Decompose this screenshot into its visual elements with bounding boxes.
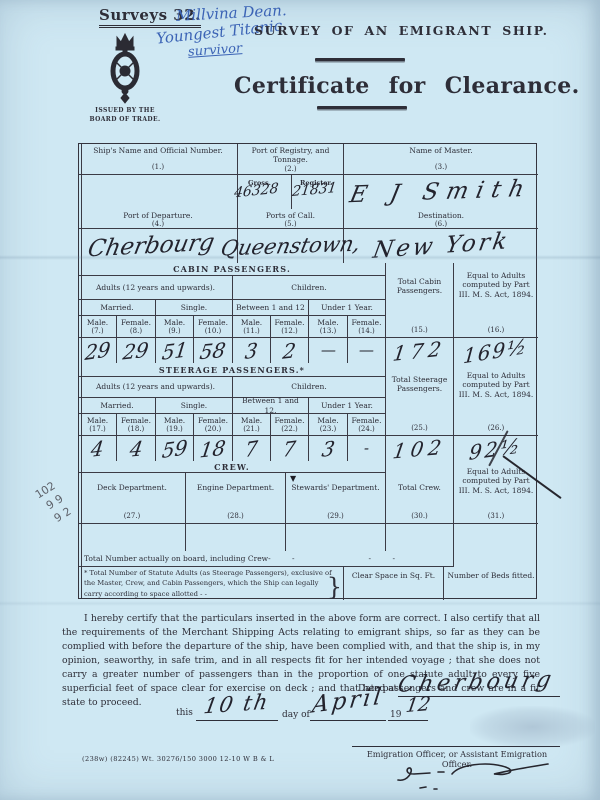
month-value: April	[311, 685, 385, 717]
crest-caption: Issued by the Board of Trade.	[88, 106, 162, 124]
steerage-under-header: Under 1 Year.	[309, 398, 386, 414]
day-line	[196, 720, 278, 721]
cabin-value-cell: —	[309, 338, 348, 363]
footnote-brace: }	[327, 569, 342, 605]
destination-header: Destination. (6.)	[344, 209, 538, 229]
steerage-total-header: Total Steerage Passengers. (25.)	[386, 363, 454, 436]
col-num: (11.)	[243, 327, 260, 336]
registry-label: Port of Registry, and Tonnage.	[240, 146, 341, 165]
col-label: Female.	[274, 416, 304, 425]
col-num: (14.)	[358, 327, 375, 336]
steerage-value: 59	[161, 436, 188, 460]
col-num: (19.)	[166, 425, 183, 434]
cabin-total-label: Total Cabin Passengers.	[388, 277, 451, 296]
day-value: 10 th	[202, 692, 271, 718]
deck-department-value-cell	[79, 524, 186, 551]
cabin-section-title: CABIN PASSENGERS.	[79, 263, 386, 276]
steerage-col-header: Male.(21.)	[233, 414, 271, 436]
crew-equal-value-cell	[454, 524, 538, 551]
col-label: Male.	[164, 416, 185, 425]
printer-imprint: (238w) (82245) Wt. 30276/150 3000 12-10 …	[82, 755, 274, 763]
col-num: (22.)	[281, 425, 298, 434]
cabin-total-value-cell: 172	[386, 338, 454, 363]
stewards-department-num: (29.)	[327, 512, 344, 521]
document-page: Surveys 32. Millvina Dean. Youngest Tita…	[0, 0, 600, 800]
year-prefix: 19	[390, 710, 401, 720]
total-on-board-value-cell	[454, 551, 538, 567]
cabin-adults-header: Adults (12 years and upwards).	[79, 276, 233, 300]
steerage-value: 18	[199, 437, 227, 460]
cabin-equal-num: (16.)	[488, 326, 505, 335]
year-value: 12	[405, 695, 432, 716]
steerage-equal-label: Equal to Adults computed by Part III. M.…	[456, 371, 536, 399]
departure-header: Port of Departure. (4.)	[79, 209, 238, 229]
col-label: Male.	[317, 318, 338, 327]
cabin-value-cell: 2	[271, 338, 309, 363]
steerage-section-title: STEERAGE PASSENGERS.*	[79, 363, 386, 377]
steerage-value: -	[363, 441, 371, 456]
steerage-col-header: Male.(23.)	[309, 414, 348, 436]
crew-total-header: Total Crew. (30.)	[386, 461, 454, 524]
steerage-equal-value: 92½	[468, 435, 523, 463]
fold-crease	[0, 255, 600, 260]
cabin-col-header: Male.(7.)	[79, 316, 117, 338]
steerage-col-header: Female.(20.)	[194, 414, 233, 436]
steerage-col-header: Female.(22.)	[271, 414, 309, 436]
cabin-col-header: Male.(9.)	[156, 316, 194, 338]
steerage-col-header: Male.(19.)	[156, 414, 194, 436]
cabin-value-cell: 58	[194, 338, 233, 363]
cabin-equal-label: Equal to Adults computed by Part III. M.…	[456, 271, 536, 299]
stewards-department-label: Stewards' Department.	[291, 483, 379, 492]
steerage-value-cell: 4	[117, 436, 156, 461]
registry-header: Port of Registry, and Tonnage. (2.)	[238, 144, 344, 175]
steerage-col-header: Male.(17.)	[79, 414, 117, 436]
col-label: Female.	[198, 318, 228, 327]
cabin-total-value: 172	[392, 338, 448, 364]
col-num: (9.)	[168, 327, 180, 336]
cabin-equal-header: Equal to Adults computed by Part III. M.…	[454, 263, 538, 338]
cabin-value: —	[358, 343, 376, 358]
steerage-total-num: (25.)	[411, 424, 428, 433]
steerage-value: 3	[320, 438, 336, 460]
ship-name-num: (1.)	[152, 163, 164, 172]
destination-label: Destination.	[418, 211, 464, 220]
beds-fitted-header: Number of Beds fitted.	[444, 567, 538, 600]
col-num: (8.)	[130, 327, 142, 336]
steerage-total-value-cell: 102	[386, 436, 454, 461]
col-label: Male.	[241, 416, 262, 425]
col-label: Female.	[351, 318, 381, 327]
cabin-value: 29	[84, 338, 111, 362]
crew-total-value-cell	[386, 524, 454, 551]
cabin-value-cell: 3	[233, 338, 271, 363]
steerage-value-cell: 7	[271, 436, 309, 461]
total-on-board-dashes: - - - -	[268, 554, 395, 563]
cabin-married-header: Married.	[79, 300, 156, 316]
master-label: Name of Master.	[409, 146, 472, 155]
col-label: Male.	[87, 416, 108, 425]
col-label: Female.	[121, 416, 151, 425]
master-value-cell: E J Smith	[344, 175, 538, 209]
cabin-value: 29	[122, 339, 150, 362]
ports-of-call-header: Ports of Call. (5.)	[238, 209, 344, 229]
steerage-equal-num: (26.)	[488, 424, 505, 433]
cabin-equal-value-cell: 169½	[454, 338, 538, 363]
col-num: (7.)	[91, 327, 103, 336]
fold-crease	[0, 601, 600, 606]
deck-department-num: (27.)	[124, 512, 141, 521]
registry-num: (2.)	[284, 165, 296, 174]
col-num: (23.)	[320, 425, 337, 434]
steerage-value-cell: 7	[233, 436, 271, 461]
engine-department-header: Engine Department. (28.)	[186, 473, 286, 524]
statute-adults-footnote: * Total Number of Statute Adults (as Ste…	[79, 567, 344, 600]
crest-caption-line1: Issued by the	[88, 106, 162, 115]
cabin-total-header: Total Cabin Passengers. (15.)	[386, 263, 454, 338]
day-of-label: day of	[282, 710, 310, 720]
cabin-between-header: Between 1 and 12	[233, 300, 309, 316]
master-num: (3.)	[435, 163, 447, 172]
deck-department-header: Deck Department. (27.)	[79, 473, 186, 524]
destination-num: (6.)	[435, 220, 447, 229]
col-num: (21.)	[243, 425, 260, 434]
officer-signature	[390, 756, 560, 792]
ports-of-call-label: Ports of Call.	[266, 211, 315, 220]
col-num: (18.)	[128, 425, 145, 434]
cabin-single-header: Single.	[156, 300, 233, 316]
col-num: (24.)	[358, 425, 375, 434]
departure-label: Port of Departure.	[123, 211, 192, 220]
col-num: (10.)	[205, 327, 222, 336]
col-num: (13.)	[320, 327, 337, 336]
total-on-board-row: Total Number actually on board, includin…	[79, 551, 454, 567]
steerage-between-header: Between 1 and 12.	[233, 398, 309, 414]
col-label: Female.	[274, 318, 304, 327]
clearance-form-table: Ship's Name and Official Number. (1.) Po…	[78, 143, 537, 599]
cabin-col-header: Female.(10.)	[194, 316, 233, 338]
crest-caption-line2: Board of Trade.	[88, 115, 162, 124]
this-label: this	[176, 708, 193, 718]
board-of-trade-crest-icon	[103, 31, 147, 105]
cabin-col-header: Female.(12.)	[271, 316, 309, 338]
engine-department-num: (28.)	[227, 512, 244, 521]
cabin-value: —	[319, 343, 337, 358]
printer-mark-icon: ▼	[290, 475, 296, 483]
gross-tonnage-value: 46328	[233, 182, 279, 201]
steerage-equal-value-cell: 92½	[454, 436, 538, 461]
cabin-under-header: Under 1 Year.	[309, 300, 386, 316]
steerage-married-header: Married.	[79, 398, 156, 414]
tonnage-value-cell: Gross. Register. 46328 21831	[238, 175, 344, 209]
steerage-total-label: Total Steerage Passengers.	[388, 375, 451, 394]
cabin-value-cell: 51	[156, 338, 194, 363]
col-num: (12.)	[281, 327, 298, 336]
total-on-board-label: Total Number actually on board, includin…	[84, 554, 268, 563]
col-label: Male.	[164, 318, 185, 327]
steerage-equal-header: Equal to Adults computed by Part III. M.…	[454, 363, 538, 436]
crew-section-title: CREW.	[79, 461, 386, 473]
page-title: Certificate for Clearance.	[234, 73, 580, 99]
ship-name-value-cell	[79, 175, 238, 209]
col-label: Female.	[351, 416, 381, 425]
cabin-total-num: (15.)	[411, 326, 428, 335]
title-rule-top	[315, 58, 405, 61]
engine-department-label: Engine Department.	[197, 483, 274, 492]
clear-space-header: Clear Space in Sq. Ft.	[344, 567, 444, 600]
ink-smudge	[470, 706, 595, 748]
cabin-value: 2	[282, 340, 298, 362]
col-label: Female.	[198, 416, 228, 425]
stewards-department-header: ▼ Stewards' Department. (29.)	[286, 473, 386, 524]
master-header: Name of Master. (3.)	[344, 144, 538, 175]
steerage-single-header: Single.	[156, 398, 233, 414]
col-label: Male.	[241, 318, 262, 327]
master-signature: E J Smith	[348, 177, 534, 207]
steerage-value: 4	[90, 437, 105, 459]
col-label: Male.	[87, 318, 108, 327]
pen-annotation-line3: survivor	[188, 42, 243, 59]
register-tonnage-value: 21831	[291, 181, 337, 199]
cabin-value-cell: 29	[79, 338, 117, 363]
steerage-total-value: 102	[391, 436, 447, 461]
cabin-equal-value: 169½	[463, 335, 530, 366]
steerage-children-header: Children.	[233, 377, 386, 398]
ship-name-label: Ship's Name and Official Number.	[93, 146, 223, 155]
year-line	[388, 720, 428, 721]
dated-at-value: Cherbourg	[396, 669, 557, 697]
steerage-value-cell: 59	[156, 436, 194, 461]
cabin-value-cell: 29	[117, 338, 156, 363]
col-label: Female.	[121, 318, 151, 327]
cabin-col-header: Female.(14.)	[348, 316, 386, 338]
steerage-value: 7	[282, 437, 297, 459]
steerage-value: 7	[244, 437, 258, 460]
cabin-col-header: Male.(11.)	[233, 316, 271, 338]
steerage-value-cell: 4	[79, 436, 117, 461]
ports-of-call-num: (5.)	[284, 220, 296, 229]
col-num: (17.)	[89, 425, 106, 434]
crew-equal-num: (31.)	[488, 512, 505, 521]
steerage-col-header: Female.(18.)	[117, 414, 156, 436]
cabin-value: 58	[199, 339, 228, 362]
survey-title: SURVEY OF AN EMIGRANT SHIP.	[254, 23, 549, 38]
stewards-department-value-cell	[286, 524, 386, 551]
ship-name-header: Ship's Name and Official Number. (1.)	[79, 144, 238, 175]
steerage-col-header: Female.(24.)	[348, 414, 386, 436]
pencil-margin-note: 102 9 9 9 2	[12, 479, 75, 541]
steerage-value-cell: 3	[309, 436, 348, 461]
steerage-value: 4	[128, 438, 144, 459]
steerage-value-cell: -	[348, 436, 386, 461]
cabin-value: 51	[161, 339, 189, 363]
cabin-children-header: Children.	[233, 276, 386, 300]
crew-total-num: (30.)	[411, 512, 428, 521]
cabin-value-cell: —	[348, 338, 386, 363]
col-label: Male.	[317, 416, 338, 425]
departure-num: (4.)	[152, 220, 164, 229]
steerage-value-cell: 18	[194, 436, 233, 461]
cabin-col-header: Male.(13.)	[309, 316, 348, 338]
crew-total-label: Total Crew.	[398, 483, 441, 492]
steerage-adults-header: Adults (12 years and upwards).	[79, 377, 233, 398]
month-line	[310, 720, 386, 721]
statute-adults-footnote-text: * Total Number of Statute Adults (as Ste…	[84, 568, 333, 599]
deck-department-label: Deck Department.	[97, 483, 167, 492]
engine-department-value-cell	[186, 524, 286, 551]
col-num: (20.)	[205, 425, 222, 434]
cabin-value: 3	[244, 339, 259, 361]
title-rule-bottom	[317, 106, 407, 109]
cabin-col-header: Female.(8.)	[117, 316, 156, 338]
